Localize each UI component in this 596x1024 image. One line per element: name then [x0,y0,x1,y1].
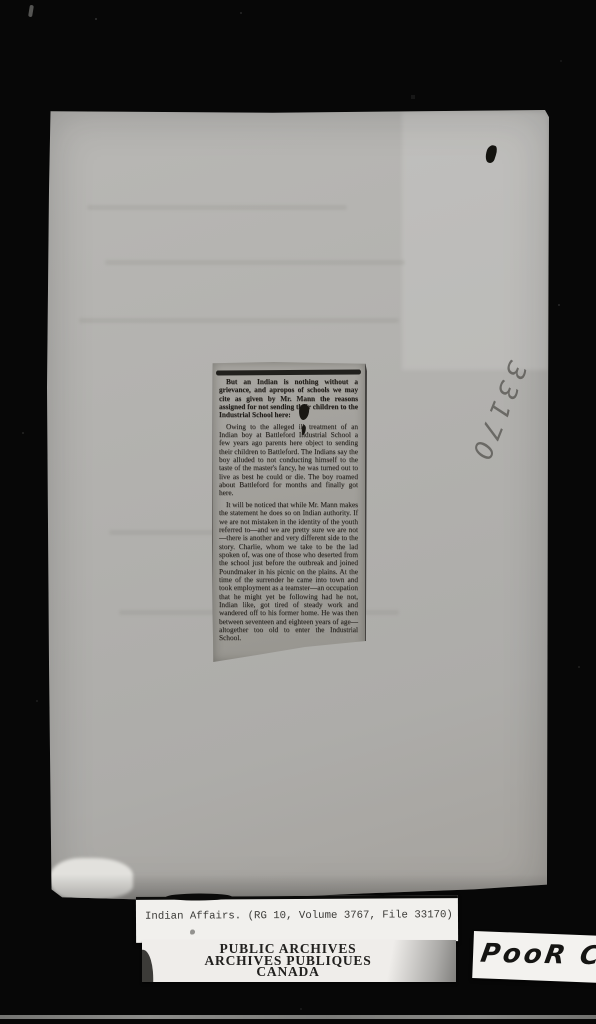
reference-label-text: Indian Affairs. (RG 10, Volume 3767, Fil… [145,909,453,923]
stamp-shadow [386,940,456,982]
reference-label-strip: Indian Affairs. (RG 10, Volume 3767, Fil… [136,895,458,943]
film-speckles [0,0,2,2]
clipping-paragraph-2: Owing to the alleged ill treatment of an… [219,423,358,498]
ghost-bleedthrough-line [87,205,347,210]
archives-stamp-strip: PUBLIC ARCHIVES ARCHIVES PUBLIQUES CANAD… [142,940,456,982]
clipping-paragraph-3: It will be noticed that while Mr. Mann m… [219,501,358,643]
microfilm-background: 33170 But an Indian is nothing without a… [0,0,596,1024]
poor-copy-text: PooR Cop [479,939,596,972]
clipping-top-rule [216,369,361,375]
film-scratch [28,5,34,17]
ghost-bleedthrough-line [79,318,399,323]
ghost-bleedthrough-line [105,260,405,265]
document-page: 33170 But an Indian is nothing without a… [47,110,549,902]
handwritten-file-number: 33170 [464,357,532,468]
newspaper-clipping: But an Indian is nothing without a griev… [212,362,367,662]
page-light-patch [402,112,548,370]
film-edge-line [0,1015,596,1019]
clipping-paragraph-1: But an Indian is nothing without a griev… [219,378,358,420]
poor-copy-strip: PooR Cop [472,931,596,983]
stray-mark [190,930,195,935]
page-corner-highlight [49,858,133,900]
